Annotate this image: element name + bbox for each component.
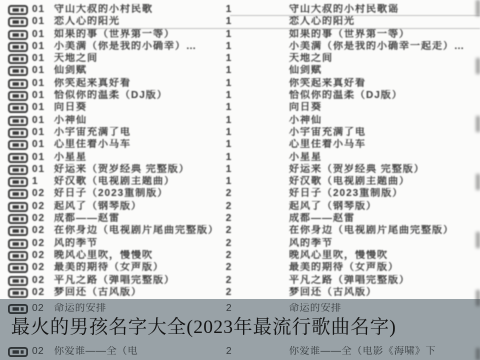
song-row[interactable]: 01 心里住着小马车 1 心里住着小马车 (0, 139, 480, 151)
tv-video-icon (7, 304, 29, 314)
track-number: 01 (32, 65, 45, 77)
play-count: 1 (220, 90, 238, 102)
tv-video-icon (7, 140, 29, 150)
song-title: 恰似你的温柔（DJ版） (54, 90, 168, 102)
play-count: 2 (220, 303, 238, 315)
song-title-right: 心里住着小马车 (289, 139, 366, 151)
play-count: 1 (220, 41, 238, 53)
track-number: 01 (32, 53, 45, 65)
song-title: 平凡之路（弹唱完整版） (54, 275, 175, 287)
track-number: 01 (32, 4, 45, 16)
track-number: 01 (32, 29, 45, 41)
song-row[interactable]: 1 好汉歌（电视剧主题曲） 1 好汉歌（电视剧主题曲） (0, 176, 480, 188)
track-number: 02 (32, 262, 45, 274)
play-count: 1 (220, 115, 238, 127)
song-title-right: 小星星 (289, 152, 322, 164)
song-row[interactable]: 02 最美的期待（女声版） 2 最美的期待（女声版） (0, 262, 480, 274)
song-title-right: 成都——赵雷 (289, 213, 355, 225)
play-count: 2 (220, 287, 238, 299)
play-count: 1 (220, 78, 238, 90)
song-row[interactable]: 02 在你身边（电视剧片尾曲完整版） 2 在你身边（电视剧片尾曲完整版） (0, 225, 480, 237)
song-title-right: 恋人心的阳光 (289, 16, 355, 28)
track-number: 02 (32, 287, 45, 299)
song-title: 你爱谁——全（电 (54, 346, 138, 358)
tv-video-icon (7, 30, 29, 40)
song-title: 小星星 (54, 152, 87, 164)
caption-band-row-top: 02 命运的安排 2 命运的安排 (0, 303, 480, 315)
track-number: 01 (32, 102, 45, 114)
song-title: 仙剑赋 (54, 65, 87, 77)
song-row[interactable]: 02 晚风心里吹，慢慢吹 2 晚风心里吹，慢慢吹 (0, 250, 480, 262)
song-title: 好日子（2023重制版） (54, 188, 168, 200)
song-title: 如果的事（世界第一等） (54, 29, 175, 41)
play-count: 1 (220, 152, 238, 164)
song-row[interactable]: 02 命运的安排 2 命运的安排 (0, 303, 480, 315)
track-number: 01 (32, 127, 45, 139)
tv-video-icon (7, 5, 29, 15)
play-count: 1 (220, 176, 238, 188)
tv-video-icon (7, 189, 29, 199)
song-row[interactable]: 01 小美满（你是我的小确幸）… 1 小美满（你是我的小确幸一起走）… (0, 41, 480, 53)
play-count: 2 (220, 275, 238, 287)
track-number: 1 (32, 176, 39, 188)
song-title-right: 在你身边（电视剧片尾曲完整版） (289, 225, 454, 237)
play-count: 1 (220, 53, 238, 65)
song-row[interactable]: 01 小星星 1 小星星 (0, 152, 480, 164)
play-count: 2 (220, 188, 238, 200)
song-row[interactable]: 01 向日葵 1 向日葵 (0, 102, 480, 114)
song-title-right: 守山大叔的小村民歌谣 (289, 4, 399, 16)
track-number: 01 (32, 139, 45, 151)
song-row[interactable]: 02 好日子（2023重制版） 2 好日子（2023重制版） (0, 188, 480, 200)
song-title-right: 起风了（钢琴版） (289, 201, 377, 213)
song-row[interactable]: 01 好运来（贺岁经典 完整版） 1 好运来（贺岁经典 完整版） (0, 164, 480, 176)
song-title: 小神仙 (54, 115, 87, 127)
tv-video-icon (7, 54, 29, 64)
track-number: 02 (32, 303, 44, 315)
track-number: 02 (32, 188, 45, 200)
play-count: 1 (220, 65, 238, 77)
tv-video-icon (7, 276, 29, 286)
tv-video-icon (7, 103, 29, 113)
song-row[interactable]: 01 恋人心的阳光 1 恋人心的阳光 (0, 16, 480, 28)
song-title: 心里住着小马车 (54, 139, 131, 151)
tv-video-icon (7, 177, 29, 187)
tv-video-icon (7, 214, 29, 224)
track-number: 01 (32, 115, 45, 127)
song-row[interactable]: 01 如果的事（世界第一等） 1 如果的事（世界第一等） (0, 29, 480, 41)
tv-video-icon (7, 42, 29, 52)
tv-video-icon (7, 251, 29, 261)
tv-video-icon (7, 17, 29, 27)
play-count: 1 (220, 139, 238, 151)
song-title-right: 小宇宙充满了电 (289, 127, 366, 139)
song-title-right: 恰似你的温柔（DJ版） (289, 90, 403, 102)
song-row[interactable]: 01 天地之间 1 天地之间 (0, 53, 480, 65)
caption-band: 02 命运的安排 2 命运的安排 最火的男孩名字大全(2023年最流行歌曲名字)… (0, 299, 480, 360)
song-title: 恋人心的阳光 (54, 16, 120, 28)
tv-video-icon (7, 79, 29, 89)
tv-video-icon (7, 128, 29, 138)
tv-video-icon (7, 263, 29, 273)
song-row[interactable]: 01 小宇宙充满了电 1 小宇宙充满了电 (0, 127, 480, 139)
song-title-right: 如果的事（世界第一等） (289, 29, 410, 41)
song-row[interactable]: 01 恰似你的温柔（DJ版） 1 恰似你的温柔（DJ版） (0, 90, 480, 102)
track-number: 02 (32, 201, 45, 213)
song-row[interactable]: 02 风的季节 2 风的季节 (0, 238, 480, 250)
song-title-right: 小美满（你是我的小确幸一起走）… (289, 41, 465, 53)
play-count: 2 (220, 346, 238, 358)
tv-video-icon (7, 288, 29, 298)
track-number: 02 (32, 213, 45, 225)
song-row[interactable]: 02 梦回还（古风版） 2 梦回还（古风版） (0, 287, 480, 299)
song-title: 向日葵 (54, 102, 87, 114)
song-row[interactable]: 01 你笑起来真好看 1 你笑起来真好看 (0, 78, 480, 90)
track-number: 01 (32, 152, 45, 164)
track-number: 02 (32, 225, 45, 237)
song-title: 天地之间 (54, 53, 98, 65)
play-count: 1 (220, 16, 238, 28)
tv-video-icon (7, 153, 29, 163)
track-number: 01 (32, 164, 45, 176)
track-number: 01 (32, 16, 45, 28)
track-number: 01 (32, 90, 45, 102)
play-count: 1 (220, 29, 238, 41)
song-row[interactable]: 02 你爱谁——全（电 2 你爱谁——全（电影《海啸》下 (0, 346, 480, 358)
song-title: 你笑起来真好看 (54, 78, 131, 90)
song-title-right: 风的季节 (289, 238, 333, 250)
song-title: 好汉歌（电视剧主题曲） (54, 176, 175, 188)
song-title-right: 你爱谁——全（电影《海啸》下 (289, 346, 436, 358)
song-title: 小美满（你是我的小确幸）… (54, 41, 197, 53)
song-title: 命运的安排 (54, 303, 107, 315)
track-number: 01 (32, 78, 45, 90)
song-title: 好运来（贺岁经典 完整版） (54, 164, 190, 176)
tv-video-icon (7, 347, 29, 357)
play-count: 1 (220, 127, 238, 139)
song-title-right: 向日葵 (289, 102, 322, 114)
tv-video-icon (7, 91, 29, 101)
song-title: 起风了（钢琴版） (54, 201, 142, 213)
song-title: 风的季节 (54, 238, 98, 250)
song-title-right: 你笑起来真好看 (289, 78, 366, 90)
song-title: 晚风心里吹，慢慢吹 (54, 250, 153, 262)
song-title-right: 好运来（贺岁经典 完整版） (289, 164, 425, 176)
play-count: 2 (220, 213, 238, 225)
song-row[interactable]: 02 起风了（钢琴版） 2 起风了（钢琴版） (0, 201, 480, 213)
song-title: 守山大叔的小村民歌 (54, 4, 153, 16)
article-title: 最火的男孩名字大全(2023年最流行歌曲名字) (11, 316, 477, 340)
song-row[interactable]: 02 平凡之路（弹唱完整版） 2 平凡之路（弹唱完整版） (0, 275, 480, 287)
track-number: 02 (32, 250, 45, 262)
track-number: 02 (32, 346, 44, 358)
play-count: 1 (220, 164, 238, 176)
song-row[interactable]: 02 成都——赵雷 2 成都——赵雷 (0, 213, 480, 225)
tv-video-icon (7, 116, 29, 126)
song-title-right: 晚风心里吹，慢慢吹 (289, 250, 388, 262)
play-count: 2 (220, 225, 238, 237)
tv-video-icon (7, 66, 29, 76)
song-title: 最美的期待（女声版） (54, 262, 164, 274)
tv-video-icon (7, 165, 29, 175)
song-title: 梦回还（古风版） (54, 287, 142, 299)
track-number: 01 (32, 41, 45, 53)
play-count: 1 (220, 102, 238, 114)
song-title-right: 平凡之路（弹唱完整版） (289, 275, 410, 287)
song-title: 成都——赵雷 (54, 213, 120, 225)
song-title: 小宇宙充满了电 (54, 127, 131, 139)
song-title-right: 小神仙 (289, 115, 322, 127)
song-row[interactable]: 01 守山大叔的小村民歌 1 守山大叔的小村民歌谣 (0, 4, 480, 16)
caption-band-row-bottom: 02 你爱谁——全（电 2 你爱谁——全（电影《海啸》下 (0, 346, 480, 358)
song-row[interactable]: 01 仙剑赋 1 仙剑赋 (0, 65, 480, 77)
play-count: 2 (220, 201, 238, 213)
tv-video-icon (7, 202, 29, 212)
song-title-right: 天地之间 (289, 53, 333, 65)
song-title: 在你身边（电视剧片尾曲完整版） (54, 225, 219, 237)
play-count: 1 (220, 4, 238, 16)
play-count: 2 (220, 238, 238, 250)
track-number: 02 (32, 238, 45, 250)
tv-video-icon (7, 226, 29, 236)
song-title-right: 好汉歌（电视剧主题曲） (289, 176, 410, 188)
play-count: 2 (220, 250, 238, 262)
song-title-right: 好日子（2023重制版） (289, 188, 403, 200)
song-title-right: 梦回还（古风版） (289, 287, 377, 299)
screenshot-root: 01 守山大叔的小村民歌 1 守山大叔的小村民歌谣 01 恋人心的阳光 1 恋人… (0, 0, 480, 360)
play-count: 2 (220, 262, 238, 274)
song-title-right: 命运的安排 (289, 303, 342, 315)
song-list: 01 守山大叔的小村民歌 1 守山大叔的小村民歌谣 01 恋人心的阳光 1 恋人… (0, 4, 480, 299)
song-row[interactable]: 01 小神仙 1 小神仙 (0, 115, 480, 127)
track-number: 02 (32, 275, 45, 287)
song-title-right: 仙剑赋 (289, 65, 322, 77)
song-title-right: 最美的期待（女声版） (289, 262, 399, 274)
tv-video-icon (7, 239, 29, 249)
